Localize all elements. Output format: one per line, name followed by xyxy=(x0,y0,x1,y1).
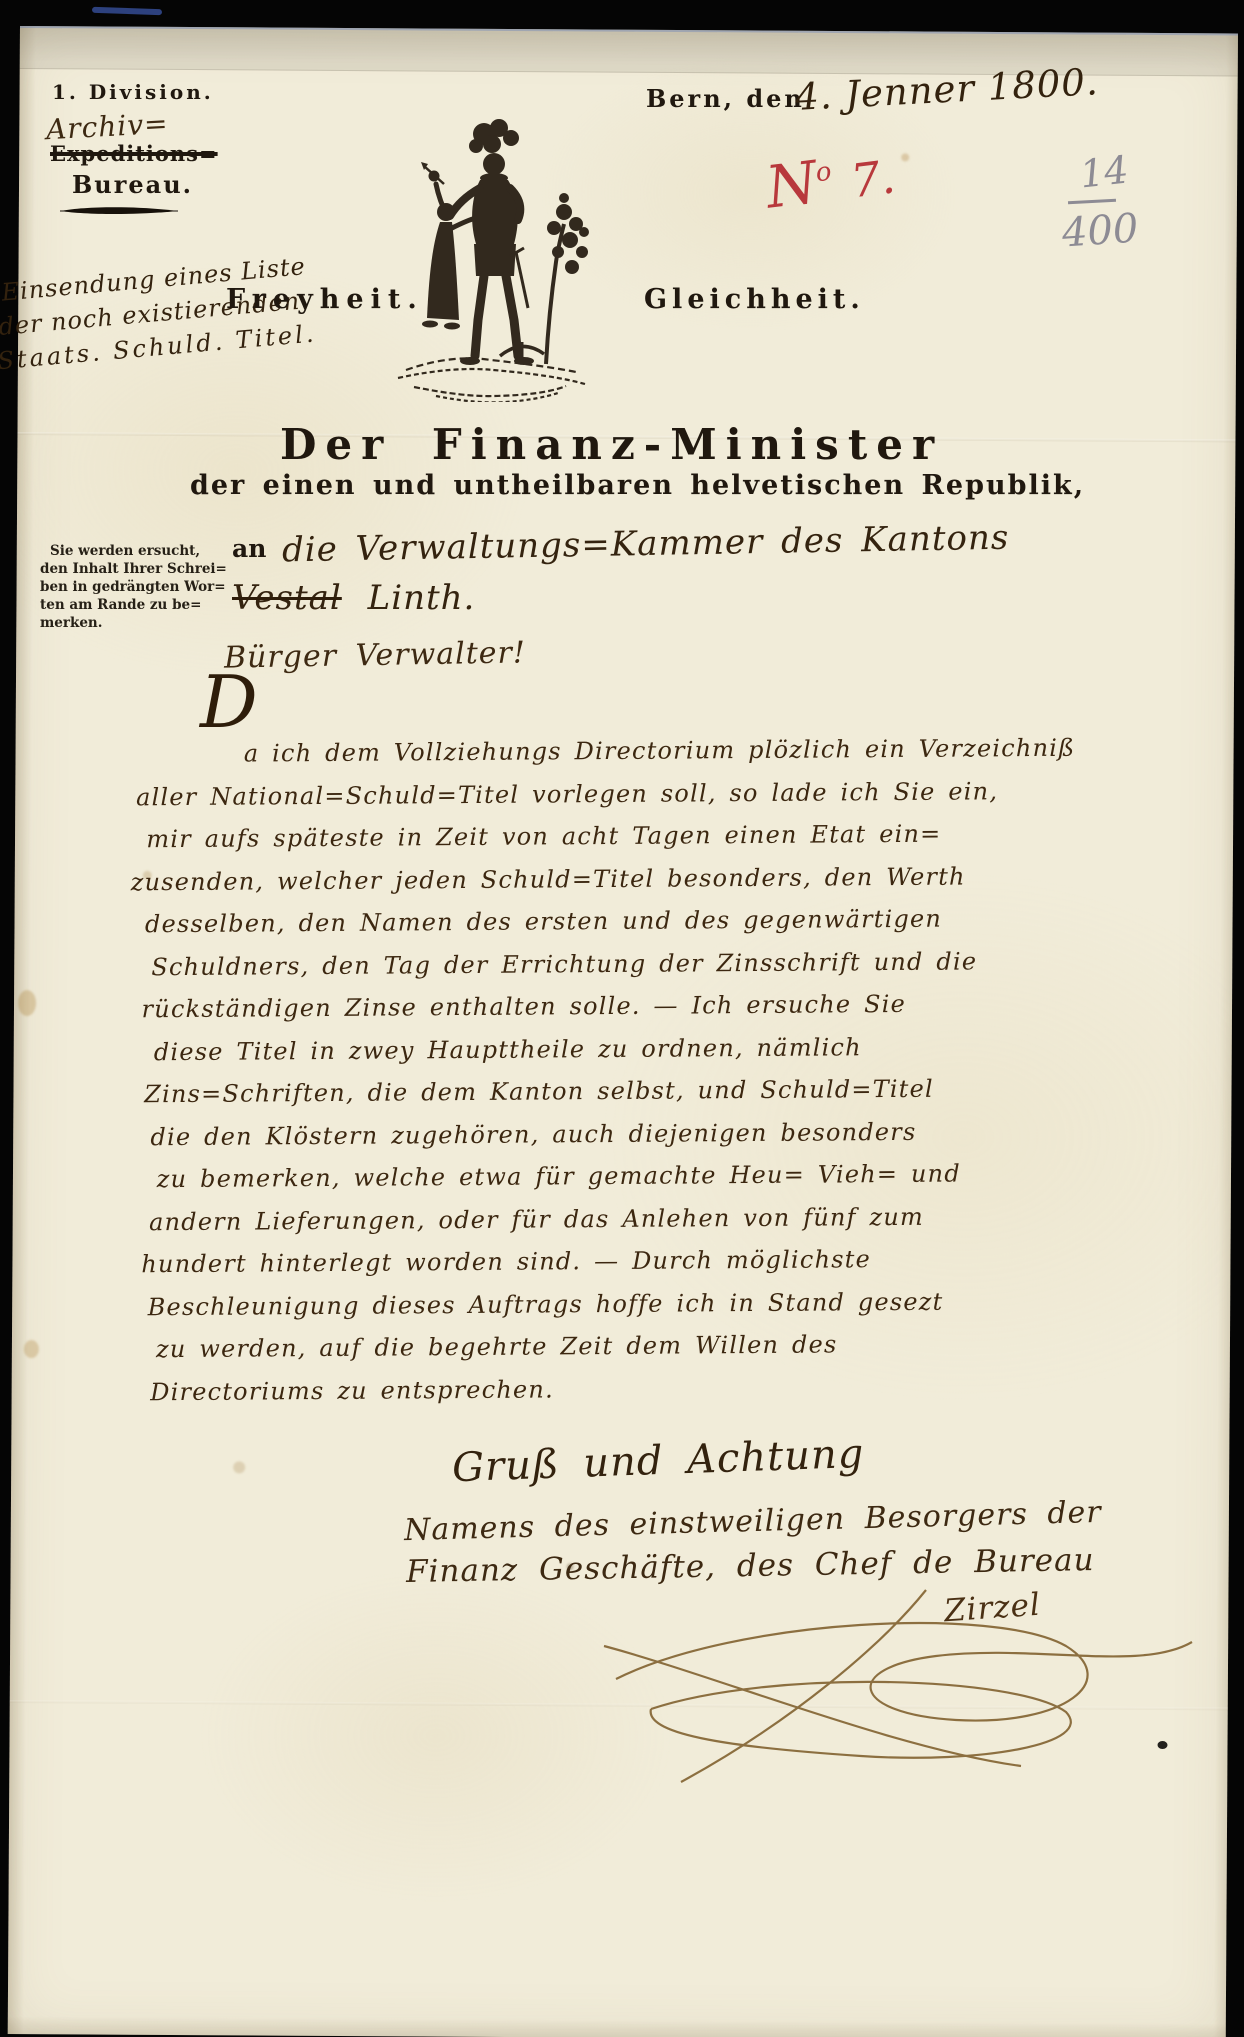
red-number-value: 7. xyxy=(848,149,898,208)
printed-margin-line: ben in gedrängten Wor= xyxy=(40,578,227,596)
body-line: Schuldners, den Tag der Errichtung der Z… xyxy=(151,939,1077,988)
scanner-blue-mark xyxy=(92,7,162,15)
body-line: andern Lieferungen, oder für das Anlehen… xyxy=(149,1194,1079,1243)
stain-spot xyxy=(24,1340,39,1358)
scanned-letter-page: 1. Division. Archiv= Expeditions= Bureau… xyxy=(0,0,1244,2037)
pencil-number-top: 14 xyxy=(1078,148,1131,197)
body-line: hundert hinterlegt worden sind. — Durch … xyxy=(141,1237,1079,1286)
address-line2-handwritten: Vestal Linth. xyxy=(232,578,475,618)
printed-margin-line: den Inhalt Ihrer Schrei= xyxy=(40,560,227,578)
address-struck-word: Vestal xyxy=(232,578,342,618)
expeditions-label-struck: Expeditions= xyxy=(50,141,218,166)
red-number-n: N xyxy=(762,148,821,222)
body-line: diese Titel in zwey Haupttheile zu ordne… xyxy=(154,1024,1078,1073)
body-line: zu bemerken, welche etwa für gemachte He… xyxy=(157,1152,1079,1201)
printers-rule-flourish xyxy=(60,205,178,217)
stain-spot xyxy=(18,990,36,1016)
signature-flourish xyxy=(596,1584,1206,1784)
motto-gleichheit: Gleichheit. xyxy=(644,284,865,315)
body-line: zusenden, welcher jeden Schuld=Titel bes… xyxy=(131,854,1077,903)
body-line: desselben, den Namen des ersten und des … xyxy=(145,897,1077,946)
title-republik: der einen und untheilbaren helvetischen … xyxy=(190,470,1085,501)
stain-spot xyxy=(233,1461,245,1473)
printed-margin-line: merken. xyxy=(40,614,227,632)
bureau-label: Bureau. xyxy=(72,170,193,199)
address-canton: Linth. xyxy=(368,578,476,618)
body-line: Zins=Schriften, die dem Kanton selbst, u… xyxy=(144,1067,1078,1116)
division-label: 1. Division. xyxy=(52,80,214,104)
body-line: zu werden, auf die begehrte Zeit dem Wil… xyxy=(156,1322,1080,1371)
body-line: a ich dem Vollziehungs Directorium plözl… xyxy=(144,727,1076,776)
salutation: Bürger Verwalter! xyxy=(224,635,526,675)
printed-margin-line: ten am Rande zu be= xyxy=(40,596,227,614)
printed-margin-line: Sie werden ersucht, xyxy=(40,542,227,560)
stain-spot xyxy=(901,153,909,161)
letter-body: a ich dem Vollziehungs Directorium plözl… xyxy=(144,727,1080,1413)
pencil-number-bottom: 400 xyxy=(1060,205,1139,256)
body-line: die den Klöstern zugehören, auch diejeni… xyxy=(150,1109,1078,1158)
body-line: mir aufs späteste in Zeit von acht Tagen… xyxy=(146,812,1076,861)
body-line: aller National=Schuld=Titel vorlegen sol… xyxy=(136,769,1076,818)
printed-margin-instruction: Sie werden ersucht, den Inhalt Ihrer Sch… xyxy=(40,542,227,632)
address-an-label: an xyxy=(232,534,266,563)
helvetic-tell-vignette-emblem xyxy=(388,112,593,402)
title-finanz-minister: Der Finanz-Minister xyxy=(280,420,943,469)
place-date-printed: Bern, den xyxy=(646,84,805,113)
motto-freyheit: Freyheit. xyxy=(226,284,424,315)
body-line: rückständigen Zinse enthalten solle. — I… xyxy=(141,982,1077,1031)
red-number-sup: o xyxy=(814,157,833,189)
body-line: Directoriums zu entsprechen. xyxy=(150,1364,1080,1413)
body-line: Beschleunigung dieses Auftrags hoffe ich… xyxy=(147,1279,1079,1328)
body-drop-initial: D xyxy=(200,660,259,744)
